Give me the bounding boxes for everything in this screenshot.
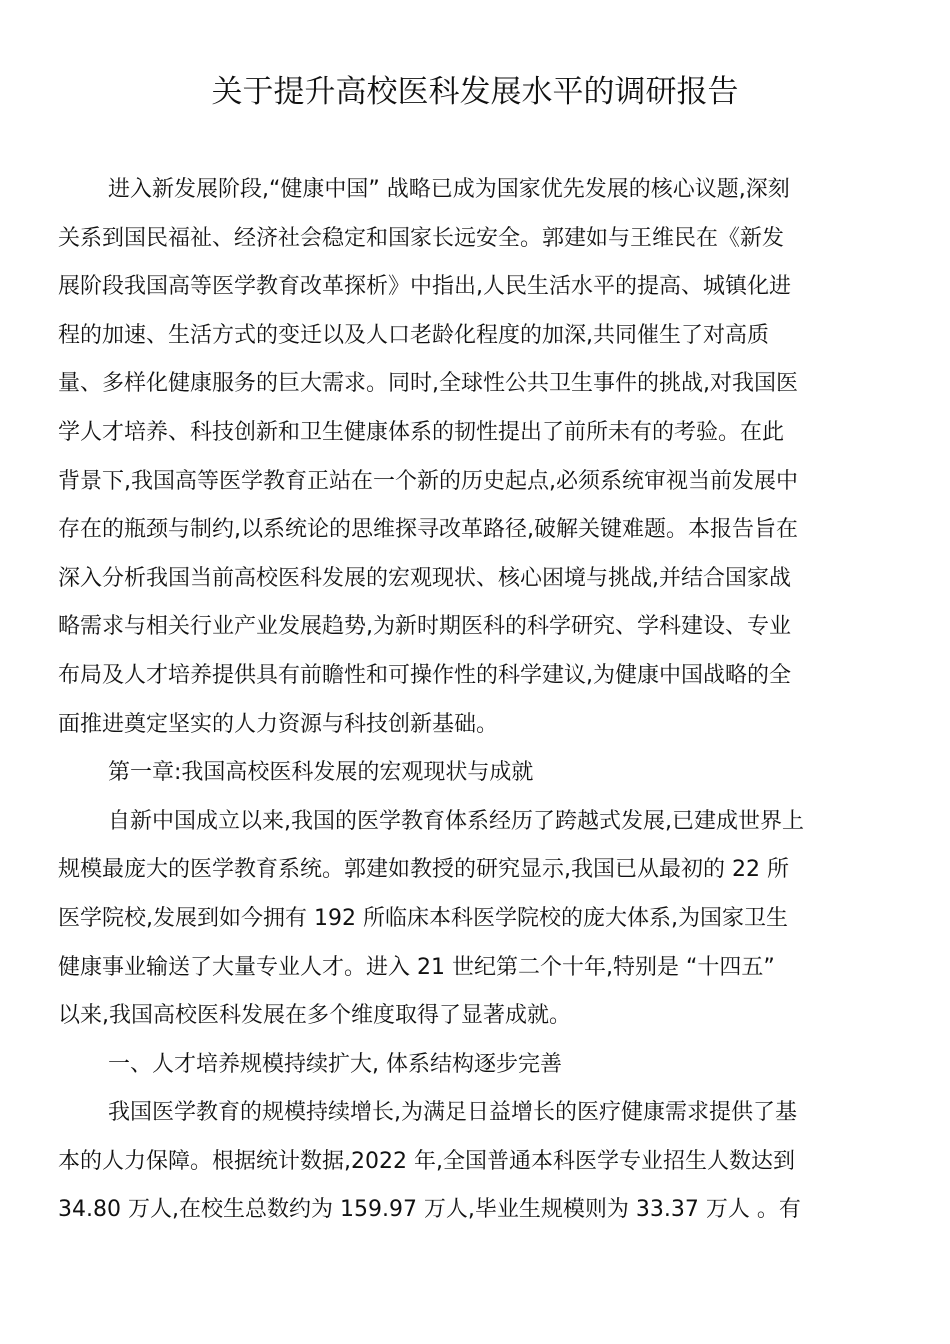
paragraph-line: 量、多样化健康服务的巨大需求。同时,全球性公共卫生事件的挑战,对我国医	[58, 360, 898, 409]
paragraph-line: 略需求与相关行业产业发展趋势,为新时期医科的科学研究、学科建设、专业	[58, 603, 898, 652]
paragraph-line: 规模最庞大的医学教育系统。郭建如教授的研究显示,我国已从最初的 22 所	[58, 846, 898, 895]
paragraph-line: 本的人力保障。根据统计数据,2022 年,全国普通本科医学专业招生人数达到	[58, 1138, 898, 1187]
paragraph-line: 程的加速、生活方式的变迁以及人口老龄化程度的加深,共同催生了对高质	[58, 312, 898, 361]
chapter-heading: 第一章:我国高校医科发展的宏观现状与成就	[58, 749, 898, 798]
paragraph-line: 背景下,我国高等医学教育正站在一个新的历史起点,必须系统审视当前发展中	[58, 458, 898, 507]
paragraph-line: 学人才培养、科技创新和卫生健康体系的韧性提出了前所未有的考验。在此	[58, 409, 898, 458]
paragraph-line: 以来,我国高校医科发展在多个维度取得了显著成就。	[58, 992, 898, 1041]
paragraph-line: 面推进奠定坚实的人力资源与科技创新基础。	[58, 701, 898, 750]
paragraph-line: 关系到国民福祉、经济社会稳定和国家长远安全。郭建如与王维民在《新发	[58, 215, 898, 264]
paragraph-line: 我国医学教育的规模持续增长,为满足日益增长的医疗健康需求提供了基	[58, 1089, 898, 1138]
document-title: 关于提升高校医科发展水平的调研报告	[0, 70, 950, 114]
paragraph-line: 进入新发展阶段,“健康中国” 战略已成为国家优先发展的核心议题,深刻	[58, 166, 898, 215]
document-page: 关于提升高校医科发展水平的调研报告 进入新发展阶段,“健康中国” 战略已成为国家…	[0, 0, 950, 1344]
paragraph-line: 布局及人才培养提供具有前瞻性和可操作性的科学建议,为健康中国战略的全	[58, 652, 898, 701]
section-heading: 一、人才培养规模持续扩大, 体系结构逐步完善	[58, 1041, 898, 1090]
document-body: 进入新发展阶段,“健康中国” 战略已成为国家优先发展的核心议题,深刻 关系到国民…	[58, 166, 898, 1235]
paragraph-line: 深入分析我国当前高校医科发展的宏观现状、核心困境与挑战,并结合国家战	[58, 555, 898, 604]
paragraph-line: 医学院校,发展到如今拥有 192 所临床本科医学院校的庞大体系,为国家卫生	[58, 895, 898, 944]
paragraph-line: 自新中国成立以来,我国的医学教育体系经历了跨越式发展,已建成世界上	[58, 798, 898, 847]
paragraph-line: 展阶段我国高等医学教育改革探析》中指出,人民生活水平的提高、城镇化进	[58, 263, 898, 312]
paragraph-line: 健康事业输送了大量专业人才。进入 21 世纪第二个十年,特别是 “十四五”	[58, 944, 898, 993]
paragraph-line: 34.80 万人,在校生总数约为 159.97 万人,毕业生规模则为 33.37…	[58, 1186, 898, 1235]
paragraph-line: 存在的瓶颈与制约,以系统论的思维探寻改革路径,破解关键难题。本报告旨在	[58, 506, 898, 555]
